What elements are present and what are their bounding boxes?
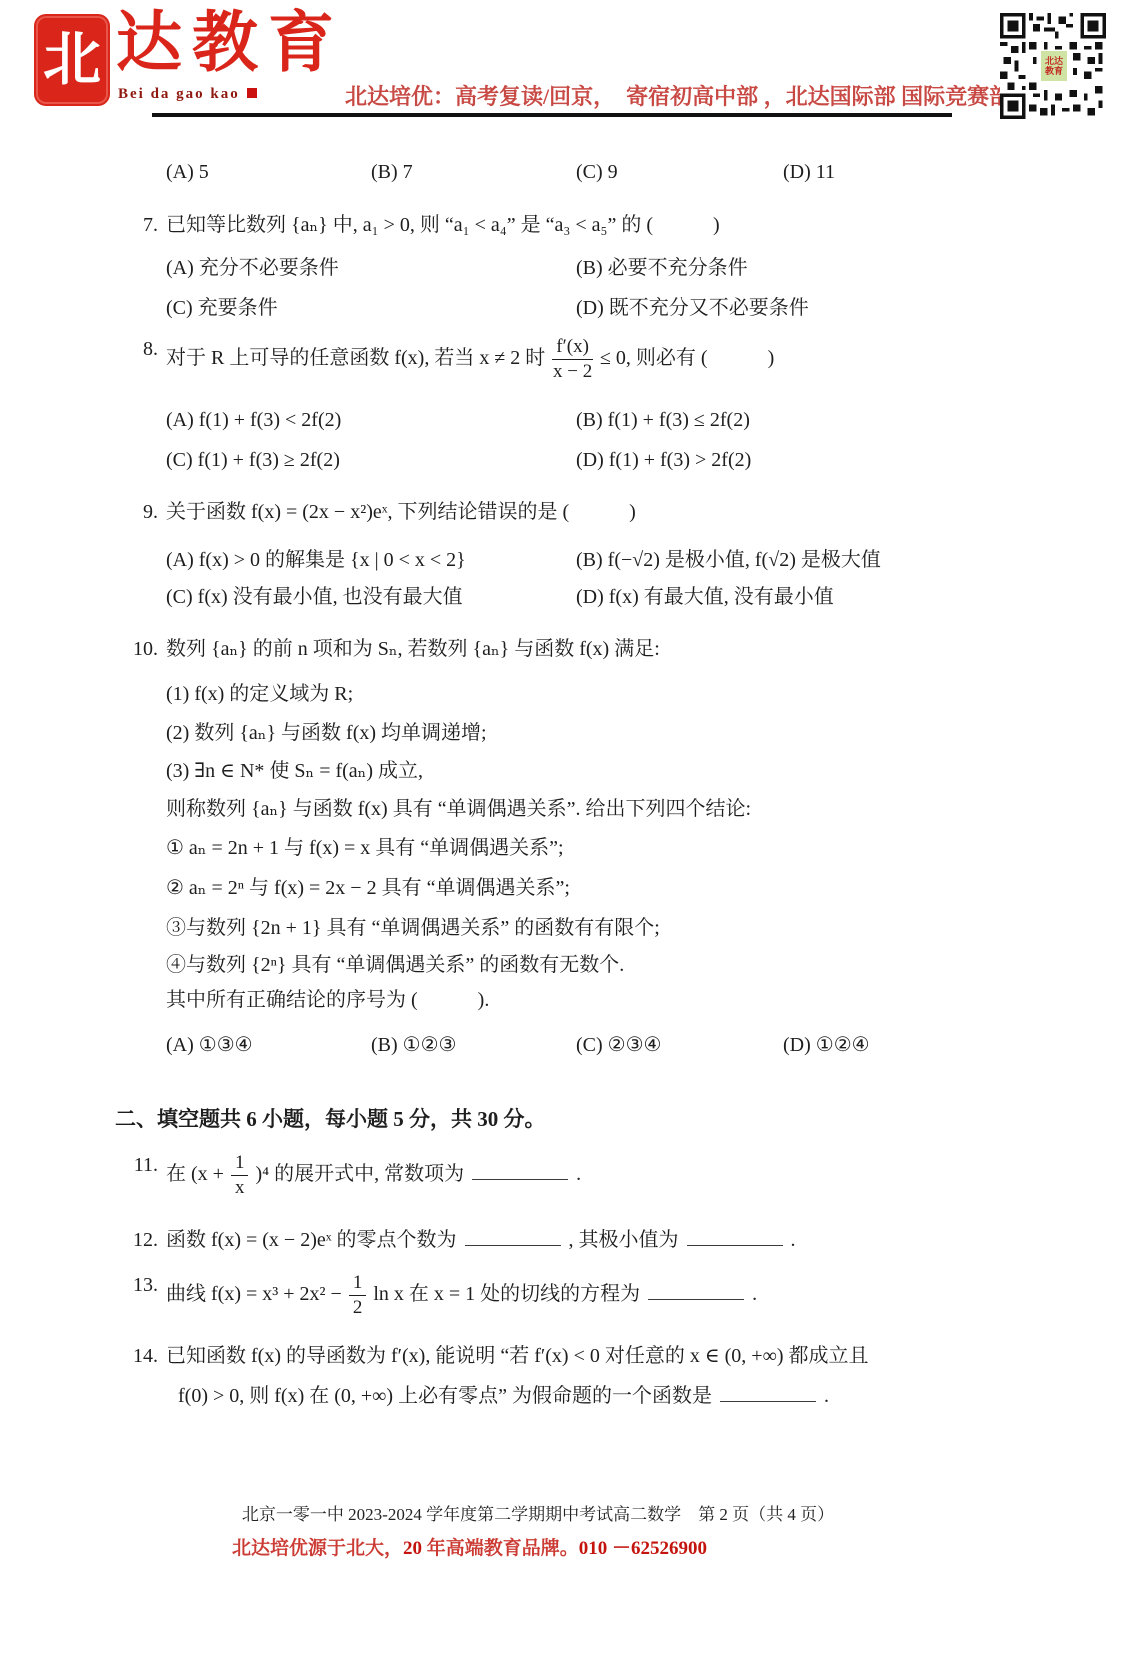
q12-text-before: 函数 f(x) = (x − 2)eˣ 的零点个数为 <box>166 1229 457 1251</box>
q7-option-c: (C) 充要条件 <box>166 295 278 321</box>
q6-option-b: (B) 7 <box>371 159 413 185</box>
question-11: 11.在 (x +1x)⁴ 的展开式中, 常数项为. <box>166 1152 581 1199</box>
q8-option-c: (C) f(1) + f(3) ≥ 2f(2) <box>166 447 340 473</box>
q12-text-mid: , 其极小值为 <box>569 1229 679 1251</box>
q14-line1: 已知函数 f(x) 的导函数为 f′(x), 能说明 “若 f′(x) < 0 … <box>166 1345 869 1367</box>
q8-text-after: ≤ 0, 则必有 ( ) <box>600 347 774 369</box>
header-slogan: 北达培优：高考复读/回京， 寄宿初高中部 ，北达国际部 国际竞赛部 <box>345 80 1011 111</box>
q13-number: 13. <box>120 1272 158 1298</box>
q7-option-b: (B) 必要不充分条件 <box>576 255 748 281</box>
q12-answer-blank-2 <box>687 1245 783 1246</box>
q9-number: 9. <box>120 499 158 525</box>
q11-text-before: 在 (x + <box>166 1163 224 1185</box>
q14-line2-text: f(0) > 0, 则 f(x) 在 (0, +∞) 上必有零点” 为假命题的一… <box>178 1385 712 1407</box>
q13-text-before: 曲线 f(x) = x³ + 2x² − <box>166 1283 342 1305</box>
q11-answer-blank <box>472 1179 568 1180</box>
q10-condition-3: (3) ∃n ∈ N* 使 Sₙ = f(aₙ) 成立, <box>166 758 423 784</box>
q9-text: 关于函数 f(x) = (2x − x²)eˣ, 下列结论错误的是 ( ) <box>166 501 636 523</box>
q9-option-b: (B) f(−√2) 是极小值, f(√2) 是极大值 <box>576 547 881 573</box>
q8-fraction: f′(x)x − 2 <box>552 336 593 383</box>
q10-condition-2: (2) 数列 {aₙ} 与函数 f(x) 均单调递增; <box>166 720 487 746</box>
question-14: 14.已知函数 f(x) 的导函数为 f′(x), 能说明 “若 f′(x) <… <box>166 1343 869 1369</box>
q10-condition-1: (1) f(x) 的定义域为 R; <box>166 681 353 707</box>
question-13: 13.曲线 f(x) = x³ + 2x² −12ln x 在 x = 1 处的… <box>166 1272 757 1319</box>
q10-text: 数列 {aₙ} 的前 n 项和为 Sₙ, 若数列 {aₙ} 与函数 f(x) 满… <box>166 638 660 660</box>
question-12: 12.函数 f(x) = (x − 2)eˣ 的零点个数为, 其极小值为. <box>166 1227 796 1253</box>
q14-answer-blank <box>720 1401 816 1402</box>
q10-conclusion-2: ② aₙ = 2ⁿ 与 f(x) = 2x − 2 具有 “单调偶遇关系”; <box>166 875 570 901</box>
question-8: 8.对于 R 上可导的任意函数 f(x), 若当 x ≠ 2 时f′(x)x −… <box>166 336 774 383</box>
q13-fraction: 12 <box>349 1272 367 1319</box>
q9-option-a: (A) f(x) > 0 的解集是 {x | 0 < x < 2} <box>166 547 466 573</box>
q9-options-ab: (A) f(x) > 0 的解集是 {x | 0 < x < 2} (B) f(… <box>166 547 1116 573</box>
q6-option-c: (C) 9 <box>576 159 618 185</box>
q14-period: . <box>824 1385 829 1407</box>
q13-answer-blank <box>648 1299 744 1300</box>
q8-number: 8. <box>120 336 158 362</box>
logo-red-square-icon <box>247 88 257 98</box>
q6-option-a: (A) 5 <box>166 159 209 185</box>
q14-number: 14. <box>120 1343 158 1369</box>
qr-code-icon: 北达 教育 <box>1000 13 1106 119</box>
q14-line2: f(0) > 0, 则 f(x) 在 (0, +∞) 上必有零点” 为假命题的一… <box>178 1383 829 1409</box>
q10-definition: 则称数列 {aₙ} 与函数 f(x) 具有 “单调偶遇关系”. 给出下列四个结论… <box>166 796 751 822</box>
q12-period: . <box>791 1229 796 1251</box>
q7-text: 已知等比数列 {aₙ} 中, a₁ > 0, 则 “a₁ < a₄” 是 “a₃… <box>166 214 720 236</box>
q8-options-cd: (C) f(1) + f(3) ≥ 2f(2) (D) f(1) + f(3) … <box>166 447 1116 473</box>
q8-option-a: (A) f(1) + f(3) < 2f(2) <box>166 407 341 433</box>
q10-prompt: 其中所有正确结论的序号为 ( ). <box>166 987 489 1013</box>
logo-script-text: 达教育 <box>116 8 346 81</box>
q10-option-b: (B) ①②③ <box>371 1032 456 1058</box>
q10-options-row: (A) ①③④ (B) ①②③ (C) ②③④ (D) ①②④ <box>166 1032 1116 1058</box>
q10-option-d: (D) ①②④ <box>783 1032 870 1058</box>
q10-conclusion-3: ③与数列 {2n + 1} 具有 “单调偶遇关系” 的函数有有限个; <box>166 915 660 941</box>
q6-option-d: (D) 11 <box>783 159 835 185</box>
q12-number: 12. <box>120 1227 158 1253</box>
q7-number: 7. <box>120 212 158 238</box>
qr-center-label: 北达 教育 <box>1041 51 1067 81</box>
q10-conclusion-4: ④与数列 {2ⁿ} 具有 “单调偶遇关系” 的函数有无数个. <box>166 952 624 978</box>
question-9: 9.关于函数 f(x) = (2x − x²)eˣ, 下列结论错误的是 ( ) <box>166 499 636 525</box>
question-10: 10.数列 {aₙ} 的前 n 项和为 Sₙ, 若数列 {aₙ} 与函数 f(x… <box>166 636 660 662</box>
q10-conclusion-1: ① aₙ = 2n + 1 与 f(x) = x 具有 “单调偶遇关系”; <box>166 835 564 861</box>
q9-option-d: (D) f(x) 有最大值, 没有最小值 <box>576 584 834 610</box>
q10-option-c: (C) ②③④ <box>576 1032 661 1058</box>
q11-period: . <box>576 1163 581 1185</box>
q9-option-c: (C) f(x) 没有最小值, 也没有最大值 <box>166 584 463 610</box>
q8-option-d: (D) f(1) + f(3) > 2f(2) <box>576 447 751 473</box>
q8-text-before: 对于 R 上可导的任意函数 f(x), 若当 x ≠ 2 时 <box>166 347 545 369</box>
logo-seal-char: 北 <box>43 31 101 89</box>
q7-options-cd: (C) 充要条件 (D) 既不充分又不必要条件 <box>166 295 1116 321</box>
exam-page: 北 达教育 Bei da gao kao 北达培优：高考复读/回京， 寄宿初高中… <box>0 0 1145 1654</box>
q8-option-b: (B) f(1) + f(3) ≤ 2f(2) <box>576 407 750 433</box>
q7-option-d: (D) 既不充分又不必要条件 <box>576 295 809 321</box>
footer-brand-line: 北达培优源于北大，20 年高端教育品牌。010 －62526900 <box>232 1533 707 1560</box>
section2-title: 二、填空题共 6 小题，每小题 5 分，共 30 分。 <box>115 1103 546 1133</box>
q11-number: 11. <box>120 1152 158 1178</box>
q7-option-a: (A) 充分不必要条件 <box>166 255 339 281</box>
q11-text-after: )⁴ 的展开式中, 常数项为 <box>255 1163 464 1185</box>
q13-text-after: ln x 在 x = 1 处的切线的方程为 <box>373 1283 640 1305</box>
footer-page-info: 北京一零一中 2023-2024 学年度第二学期期中考试高二数学 第 2 页（共… <box>242 1500 834 1525</box>
q10-number: 10. <box>120 636 158 662</box>
q13-period: . <box>752 1283 757 1305</box>
q11-fraction: 1x <box>231 1152 249 1199</box>
q8-options-ab: (A) f(1) + f(3) < 2f(2) (B) f(1) + f(3) … <box>166 407 1116 433</box>
q10-option-a: (A) ①③④ <box>166 1032 253 1058</box>
logo-seal-icon: 北 <box>36 16 108 104</box>
question-7: 7.已知等比数列 {aₙ} 中, a₁ > 0, 则 “a₁ < a₄” 是 “… <box>166 212 720 238</box>
q7-options-ab: (A) 充分不必要条件 (B) 必要不充分条件 <box>166 255 1116 281</box>
q6-options-row: (A) 5 (B) 7 (C) 9 (D) 11 <box>166 159 1116 185</box>
q9-options-cd: (C) f(x) 没有最小值, 也没有最大值 (D) f(x) 有最大值, 没有… <box>166 584 1116 610</box>
q12-answer-blank-1 <box>465 1245 561 1246</box>
header-rule <box>152 113 952 117</box>
logo-subtext: Bei da gao kao <box>118 86 257 103</box>
